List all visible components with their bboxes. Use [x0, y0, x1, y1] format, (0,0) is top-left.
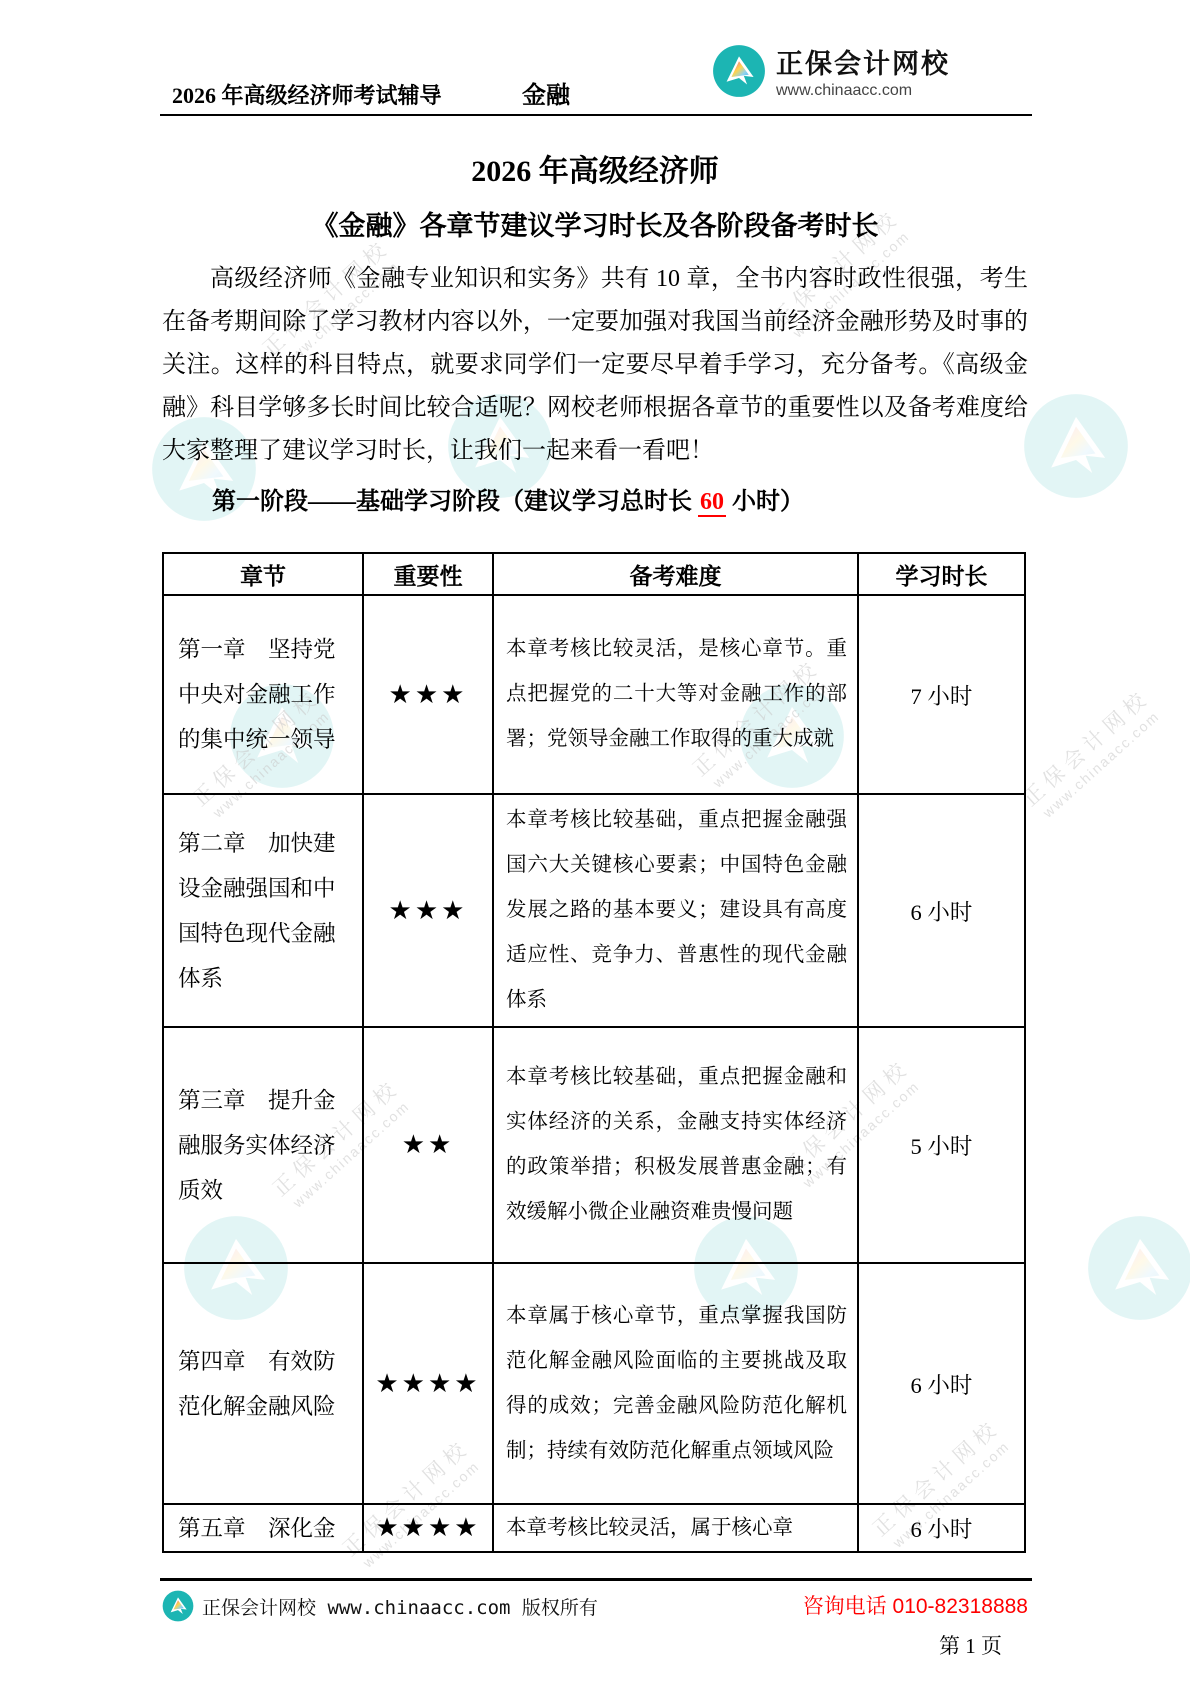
hours-cell: 6 小时 [858, 1263, 1025, 1504]
page-header: 2026 年高级经济师考试辅导 金融 正保会计网校 www.chinaacc.c… [162, 40, 1028, 114]
hours-cell: 7 小时 [858, 595, 1025, 794]
header-divider [160, 114, 1032, 116]
brand-url: www.chinaacc.com [776, 82, 950, 100]
hours-cell: 5 小时 [858, 1027, 1025, 1263]
hours-cell: 6 小时 [858, 1504, 1025, 1552]
header-subject-label: 金融 [522, 75, 570, 110]
table-row-chapter-1: 第一章 坚持党中央对金融工作的集中统一领导 ★★★ 本章考核比较灵活，是核心章节… [163, 595, 1025, 794]
watermark-text: 正保会计网校 www.chinaacc.com [1015, 682, 1166, 825]
stage-total-hours: 60 [698, 489, 726, 517]
stage-heading: 第一阶段——基础学习阶段（建议学习总时长 60 小时） [162, 481, 1028, 516]
difficulty-cell: 本章考核比较基础，重点把握金融和实体经济的关系，金融支持实体经济的政策举措；积极… [493, 1027, 858, 1263]
table-row-chapter-3: 第三章 提升金融服务实体经济质效 ★★ 本章考核比较基础，重点把握金融和实体经济… [163, 1027, 1025, 1263]
chapter-cell: 第五章 深化金 [163, 1504, 363, 1552]
footer-contact-block: 咨询电话 010-82318888 第 1 页 [803, 1590, 1028, 1660]
document-page: 正保会计网校 www.chinaacc.com 正保会计网校 www.china… [0, 0, 1190, 1683]
table-row-chapter-4: 第四章 有效防范化解金融风险 ★★★★ 本章属于核心章节，重点掌握我国防范化解金… [163, 1263, 1025, 1504]
difficulty-cell: 本章属于核心章节，重点掌握我国防范化解金融风险面临的主要挑战及取得的成效；完善金… [493, 1263, 858, 1504]
col-header-importance: 重要性 [363, 553, 493, 595]
footer-copyright-block: 正保会计网校 www.chinaacc.com 版权所有 [162, 1590, 598, 1622]
page-number: 第 1 页 [803, 1630, 1028, 1660]
watermark-logo-icon [1086, 1214, 1190, 1322]
brand-logo-icon [712, 44, 766, 98]
col-header-chapter: 章节 [163, 553, 363, 595]
chapter-cell: 第一章 坚持党中央对金融工作的集中统一领导 [163, 595, 363, 794]
difficulty-cell: 本章考核比较灵活，属于核心章 [493, 1504, 858, 1552]
footer-phone: 咨询电话 010-82318888 [803, 1590, 1028, 1620]
chapter-cell: 第三章 提升金融服务实体经济质效 [163, 1027, 363, 1263]
difficulty-cell: 本章考核比较基础，重点把握金融强国六大关键核心要素；中国特色金融发展之路的基本要… [493, 794, 858, 1027]
table-row-chapter-5: 第五章 深化金 ★★★★ 本章考核比较灵活，属于核心章 6 小时 [163, 1504, 1025, 1552]
col-header-difficulty: 备考难度 [493, 553, 858, 595]
importance-cell: ★★★ [363, 794, 493, 1027]
page-footer: 正保会计网校 www.chinaacc.com 版权所有 咨询电话 010-82… [162, 1590, 1028, 1660]
difficulty-cell: 本章考核比较灵活，是核心章节。重点把握党的二十大等对金融工作的部署；党领导金融工… [493, 595, 858, 794]
brand-name: 正保会计网校 [776, 42, 950, 81]
page-title: 2026 年高级经济师 [162, 146, 1028, 190]
table-header-row: 章节 重要性 备考难度 学习时长 [163, 553, 1025, 595]
brand-text: 正保会计网校 www.chinaacc.com [776, 42, 950, 100]
page-subtitle: 《金融》各章节建议学习时长及各阶段备考时长 [162, 204, 1028, 243]
hours-cell: 6 小时 [858, 794, 1025, 1027]
chapter-cell: 第四章 有效防范化解金融风险 [163, 1263, 363, 1504]
header-course-label: 2026 年高级经济师考试辅导 [172, 79, 442, 110]
stage-heading-suffix: 小时） [726, 489, 804, 515]
footer-copyright: 正保会计网校 www.chinaacc.com 版权所有 [202, 1593, 598, 1620]
importance-cell: ★★ [363, 1027, 493, 1263]
watermark-brand: 正保会计网校 [1015, 682, 1155, 813]
footer-divider [160, 1578, 1032, 1581]
brand-block: 正保会计网校 www.chinaacc.com [712, 42, 950, 100]
footer-logo-icon [162, 1590, 194, 1622]
chapter-cell: 第二章 加快建设金融强国和中国特色现代金融体系 [163, 794, 363, 1027]
intro-paragraph: 高级经济师《金融专业知识和实务》共有 10 章，全书内容时政性很强，考生在备考期… [162, 258, 1028, 473]
importance-cell: ★★★★ [363, 1504, 493, 1552]
watermark-url: www.chinaacc.com [1035, 704, 1166, 824]
importance-cell: ★★★★ [363, 1263, 493, 1504]
stage-heading-prefix: 第一阶段——基础学习阶段（建议学习总时长 [212, 489, 698, 515]
watermark-logo-icon [1022, 392, 1130, 500]
table-row-chapter-2: 第二章 加快建设金融强国和中国特色现代金融体系 ★★★ 本章考核比较基础，重点把… [163, 794, 1025, 1027]
importance-cell: ★★★ [363, 595, 493, 794]
col-header-hours: 学习时长 [858, 553, 1025, 595]
study-plan-table: 章节 重要性 备考难度 学习时长 第一章 坚持党中央对金融工作的集中统一领导 ★… [162, 552, 1026, 1553]
